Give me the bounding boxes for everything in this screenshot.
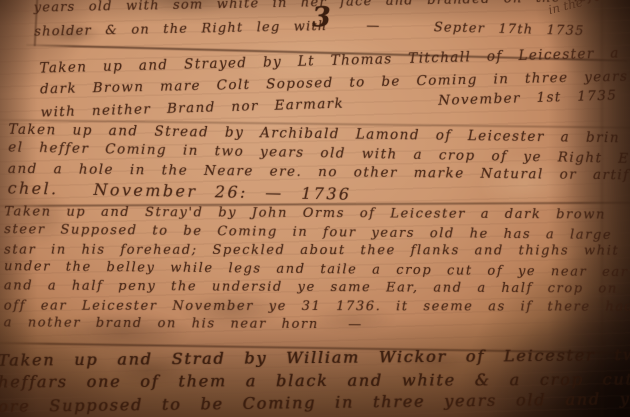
entry1-line2-left: sholder & on the Right leg with	[34, 17, 328, 43]
brand-mark-3: 3	[312, 8, 331, 28]
ledger-entry-1: years old with som white in her face and…	[34, 0, 625, 45]
ledger-entry-4: Taken up and Stray'd by John Orms of Lei…	[4, 203, 627, 336]
ledger-entry-5: Taken up and Strad by William Wickor of …	[0, 344, 630, 417]
ledger-entry-3: Taken up and Stread by Archibald Lamond …	[7, 121, 623, 208]
manuscript-page: years old with som white in her face and…	[0, 0, 630, 417]
handwritten-line: off ear Leicester November ye 31 1736. i…	[4, 297, 626, 317]
handwritten-line: a nother brand on his near horn —	[4, 314, 626, 336]
